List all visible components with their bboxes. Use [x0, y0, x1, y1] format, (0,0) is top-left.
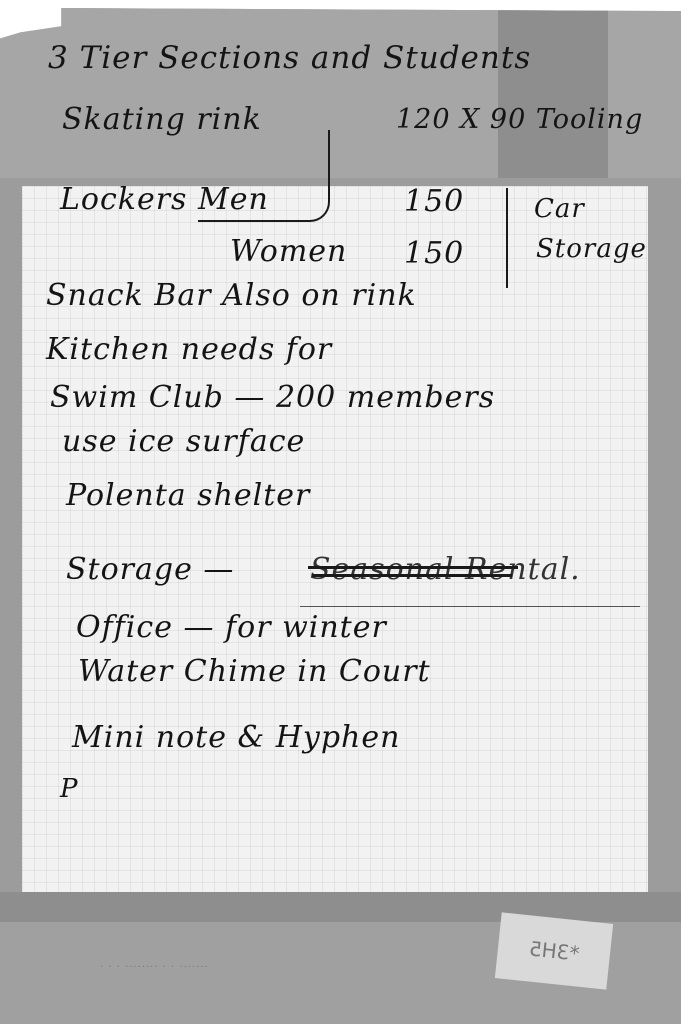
archive-label: *3H5 — [495, 912, 613, 989]
scanned-sheet — [0, 8, 681, 1024]
note-bracket-label-2: Storage — [536, 234, 647, 264]
note-line-12: Water Chime in Court — [78, 654, 431, 689]
note-line-8: use ice surface — [62, 424, 305, 459]
strikethrough — [312, 574, 512, 577]
tape-shadow — [498, 8, 608, 178]
note-line-5: Snack Bar Also on rink — [46, 278, 417, 313]
note-line-7: Swim Club — 200 members — [50, 380, 495, 415]
note-line-9: Polenta shelter — [66, 478, 310, 513]
note-line-10: Storage — — [66, 552, 234, 587]
note-line-14: P — [60, 774, 79, 804]
note-line-1: 3 Tier Sections and Students — [48, 40, 531, 76]
faded-caption: · · · ········ · · ······· — [100, 962, 440, 973]
paper-bottom-border — [0, 892, 681, 922]
note-line-4-left: Women — [230, 234, 347, 269]
note-bracket-label-1: Car — [534, 194, 585, 224]
note-line-3-number: 150 — [404, 184, 464, 219]
archive-label-text: *3H5 — [528, 936, 581, 965]
note-line-13: Mini note & Hyphen — [72, 720, 400, 755]
note-line-6: Kitchen needs for — [46, 332, 332, 367]
bracket — [506, 188, 508, 288]
note-line-3-left: Lockers Men — [60, 182, 269, 217]
faint-rule — [300, 606, 640, 607]
note-line-11: Office — for winter — [76, 610, 387, 645]
note-line-4-number: 150 — [404, 236, 464, 271]
note-line-10-struck: Seasonal Rental. — [310, 552, 581, 587]
strikethrough — [308, 566, 518, 569]
note-line-2-right: 120 X 90 Tooling — [396, 104, 643, 135]
